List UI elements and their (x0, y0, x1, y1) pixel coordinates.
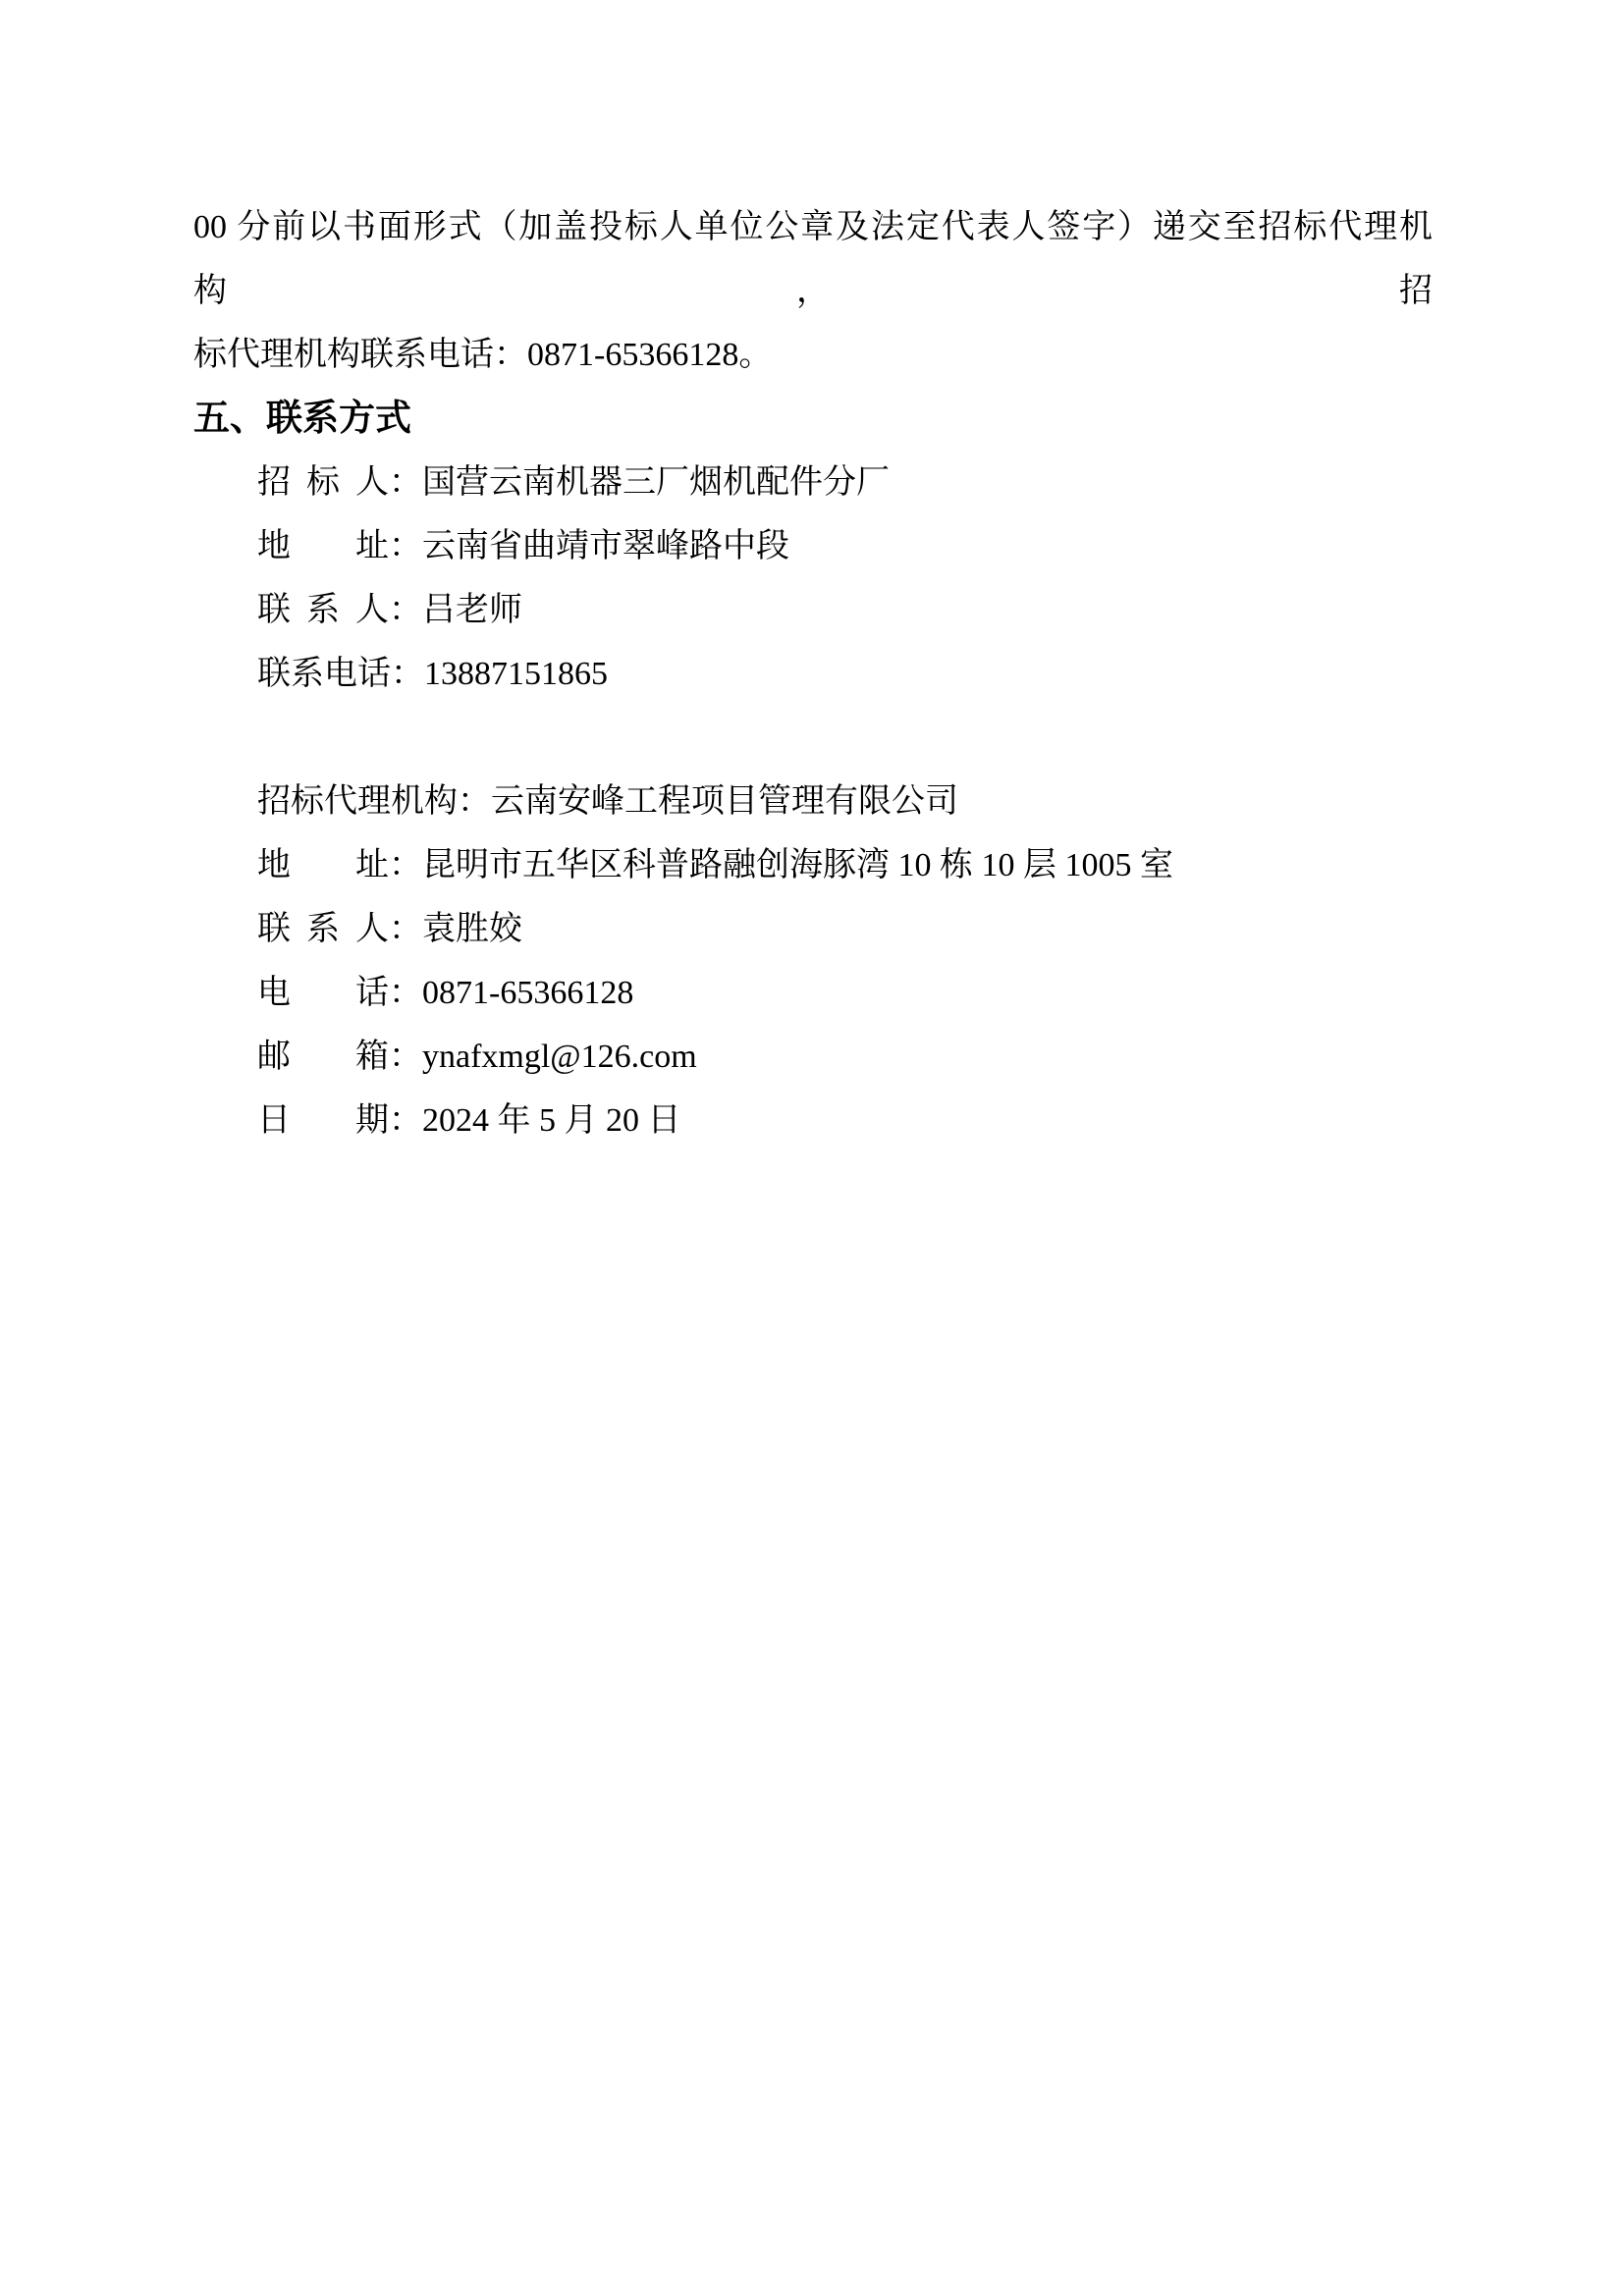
field-value: 昆明市五华区科普路融创海豚湾 10 栋 10 层 1005 室 (422, 847, 1173, 883)
section-heading: 五、联系方式 (193, 387, 1433, 451)
field-value: 吕老师 (422, 592, 522, 628)
field-label: 地址 (257, 514, 389, 578)
field-value: 云南安峰工程项目管理有限公司 (491, 783, 958, 820)
agency-row-name: 招标代理机构：云南安峰工程项目管理有限公司 (257, 770, 1433, 833)
field-label: 地址 (257, 833, 389, 897)
field-value: 13887151865 (424, 656, 608, 692)
agency-row-email: 邮箱：ynafxmgl@126.com (257, 1025, 1433, 1089)
tenderer-row-address: 地址：云南省曲靖市翠峰路中段 (257, 514, 1433, 578)
field-label: 联系人 (257, 578, 389, 642)
colon: ： (389, 1089, 422, 1152)
agency-row-date: 日期：2024 年 5 月 20 日 (257, 1089, 1433, 1152)
field-label: 电话 (257, 961, 389, 1025)
field-value: 0871-65366128 (422, 975, 633, 1011)
document-body: 00 分前以书面形式（加盖投标人单位公章及法定代表人签字）递交至招标代理机构，招… (193, 195, 1433, 1152)
colon: ： (389, 961, 422, 1025)
agency-row-phone: 电话：0871-65366128 (257, 961, 1433, 1025)
field-label: 联系电话 (257, 642, 391, 706)
tenderer-row-name: 招标人：国营云南机器三厂烟机配件分厂 (257, 451, 1433, 514)
field-value: 袁胜姣 (422, 911, 522, 947)
paragraph-line-1: 00 分前以书面形式（加盖投标人单位公章及法定代表人签字）递交至招标代理机构，招 (193, 195, 1433, 323)
field-value: 国营云南机器三厂烟机配件分厂 (422, 464, 890, 501)
field-label: 招标人 (257, 451, 389, 514)
agency-row-contact-person: 联系人：袁胜姣 (257, 897, 1433, 961)
colon: ： (389, 451, 422, 514)
tenderer-row-phone: 联系电话：13887151865 (257, 642, 1433, 706)
colon: ： (458, 770, 491, 833)
blank-line (193, 706, 1433, 770)
field-value: 云南省曲靖市翠峰路中段 (422, 528, 789, 564)
agency-row-address: 地址：昆明市五华区科普路融创海豚湾 10 栋 10 层 1005 室 (257, 833, 1433, 897)
field-label: 日期 (257, 1089, 389, 1152)
paragraph-line-2: 标代理机构联系电话：0871-65366128。 (193, 323, 1433, 387)
colon: ： (391, 642, 424, 706)
colon: ： (389, 833, 422, 897)
colon: ： (389, 514, 422, 578)
field-label: 招标代理机构 (257, 770, 458, 833)
colon: ： (389, 1025, 422, 1089)
document-page: 00 分前以书面形式（加盖投标人单位公章及法定代表人签字）递交至招标代理机构，招… (0, 0, 1624, 2296)
field-label: 邮箱 (257, 1025, 389, 1089)
field-value: ynafxmgl@126.com (422, 1039, 697, 1075)
tenderer-row-contact-person: 联系人：吕老师 (257, 578, 1433, 642)
colon: ： (389, 897, 422, 961)
field-label: 联系人 (257, 897, 389, 961)
colon: ： (389, 578, 422, 642)
field-value: 2024 年 5 月 20 日 (422, 1102, 681, 1139)
